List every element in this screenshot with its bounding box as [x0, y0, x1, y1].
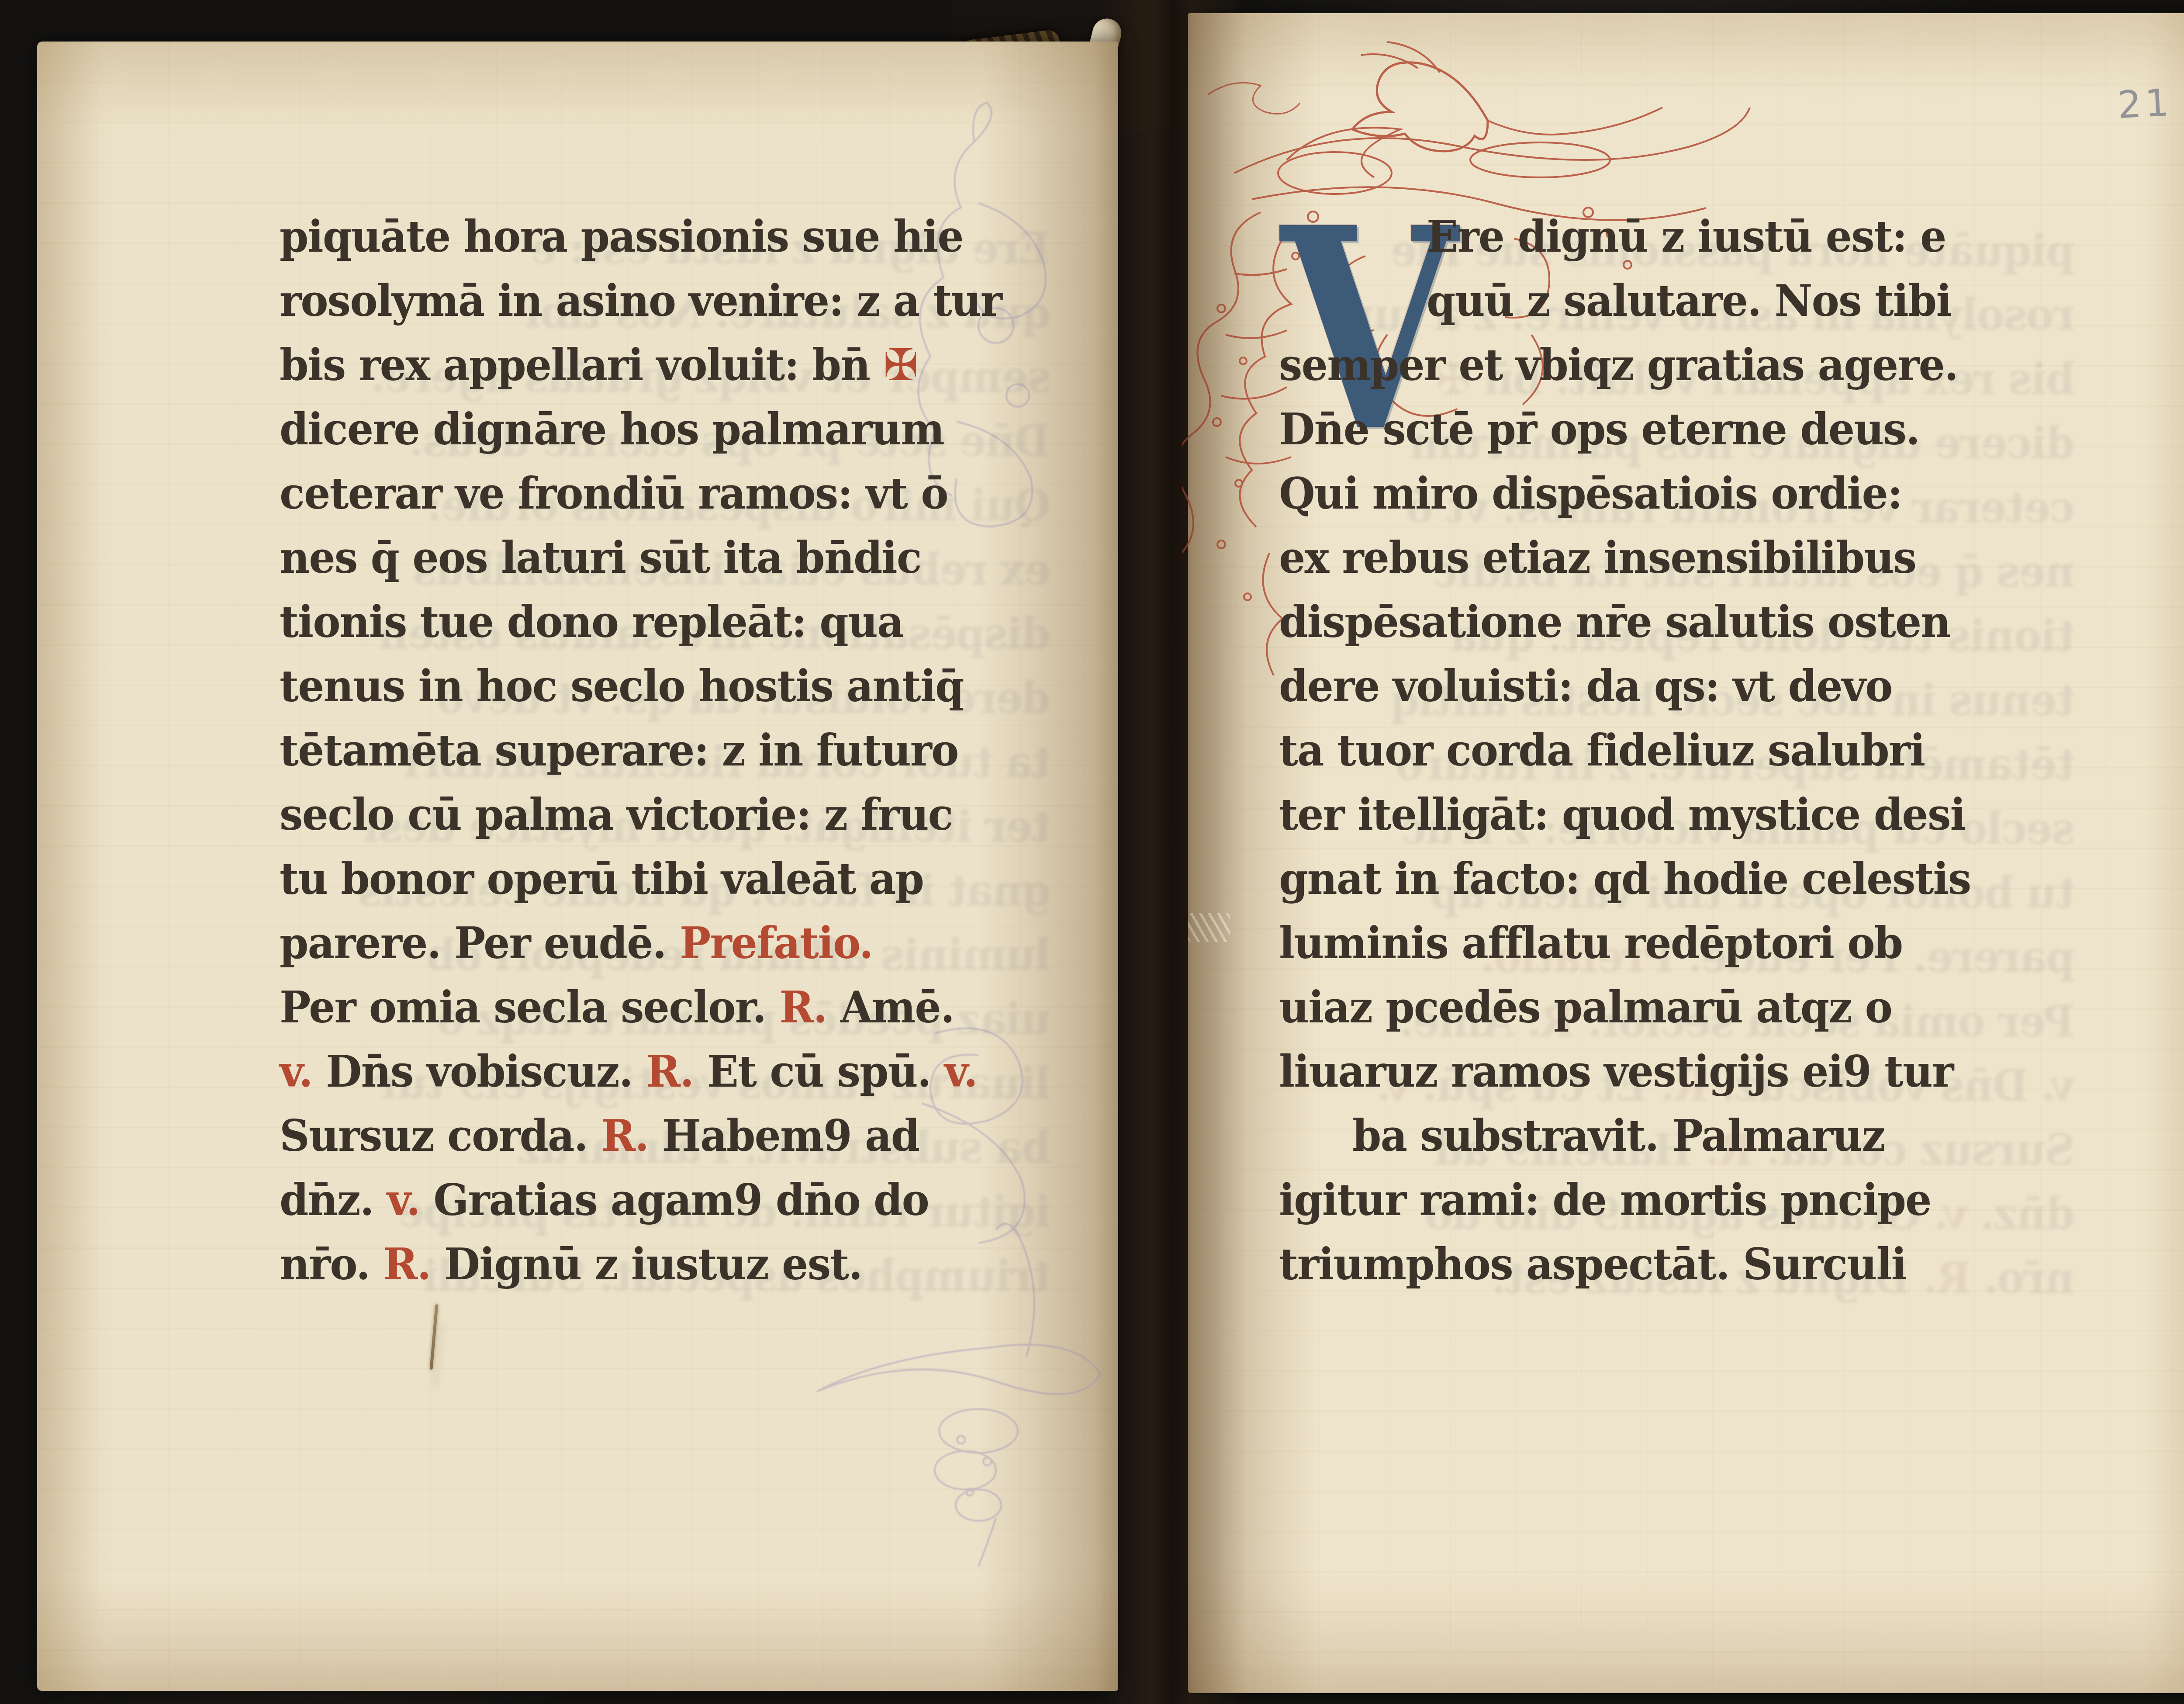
left-text-block: piquāte hora passionis sue hierosolymā i…: [280, 204, 1040, 1296]
manuscript-photo: Ere dignū z iustū est: equū z salutare. …: [0, 0, 2184, 1704]
parchment-stitch-repair: [1188, 913, 1230, 942]
page-number: 21: [2116, 81, 2173, 127]
parchment-tear: [429, 1304, 438, 1370]
right-text-block: Ere dignū z iustū est: equū z salutare. …: [1279, 204, 2007, 1296]
right-page: piquāte hora passionis sue hierosolymā i…: [1188, 13, 2184, 1693]
left-page: Ere dignū z iustū est: equū z salutare. …: [37, 42, 1118, 1691]
